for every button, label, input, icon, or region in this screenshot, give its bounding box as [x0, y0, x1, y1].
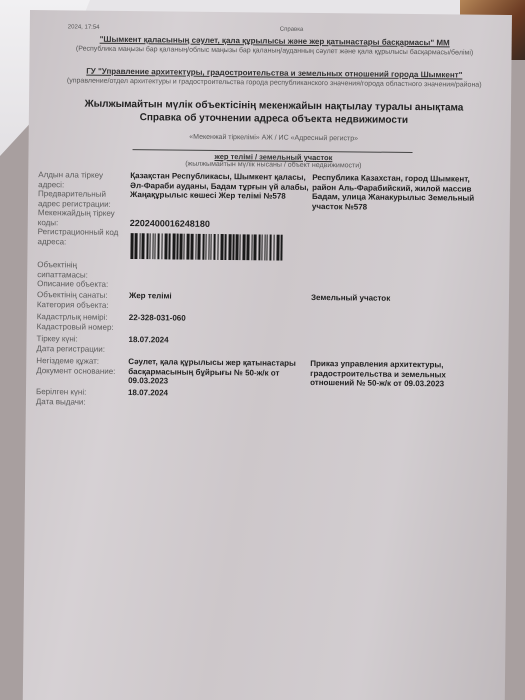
field-value-kz: Жер телімі [129, 291, 309, 302]
registry-system: «Мекенжай тіркелімі» АЖ / ИС «Адресный р… [59, 132, 489, 144]
field-description: Объектінің сипаттамасы:Описание объекта: [37, 260, 497, 265]
field-address: Алдын ала тіркеу адресі:Предварительный … [38, 170, 498, 175]
field-value-kz: 22-328-031-060 [129, 313, 309, 324]
field-registration-date: Тіркеу күні:Дата регистрации: 18.07.2024 [37, 334, 497, 339]
field-base-document: Негіздеме құжат:Документ основание: Сәул… [36, 356, 496, 361]
field-value-kz: 18.07.2024 [128, 388, 308, 399]
document-page: 2024, 17:54 Справка "Шымкент қаласының с… [23, 10, 512, 700]
print-datetime: 2024, 17:54 [68, 24, 100, 30]
field-label: Алдын ала тіркеу адресі:Предварительный … [38, 170, 126, 209]
barcode-icon [129, 233, 283, 261]
field-value-ru: Республика Казахстан, город Шымкент, рай… [312, 173, 492, 213]
field-cadastral-number: Кадастрлық нөмірі:Кадастровый номер: 22-… [37, 312, 497, 317]
document-title-ru: Справка об уточнении адреса объекта недв… [59, 111, 489, 127]
field-label: Тіркеу күні:Дата регистрации: [36, 334, 124, 354]
field-label: Мекенжайдың тіркеу коды:Регистрационный … [38, 208, 126, 247]
field-label: Объектінің санаты:Категория объекта: [37, 290, 125, 310]
print-title: Справка [280, 27, 304, 33]
field-label: Объектінің сипаттамасы:Описание объекта: [37, 260, 125, 289]
field-value-kz: Сәулет, қала құрылысы жер қатынастары ба… [128, 357, 308, 387]
field-label: Кадастрлық нөмірі:Кадастровый номер: [37, 312, 125, 332]
field-value-kz: 18.07.2024 [129, 335, 309, 346]
field-value-ru: Земельный участок [311, 293, 491, 304]
field-value-kz: Қазақстан Республикасы, Шымкент қаласы, … [130, 171, 310, 201]
field-category: Объектінің санаты:Категория объекта: Жер… [37, 290, 497, 295]
field-value-ru: Приказ управления архитектуры, градостро… [310, 359, 490, 389]
registration-code-value: 2202400016248180 [130, 219, 310, 230]
field-label: Берілген күні:Дата выдачи: [36, 387, 124, 407]
field-label: Негіздеме құжат:Документ основание: [36, 356, 124, 376]
